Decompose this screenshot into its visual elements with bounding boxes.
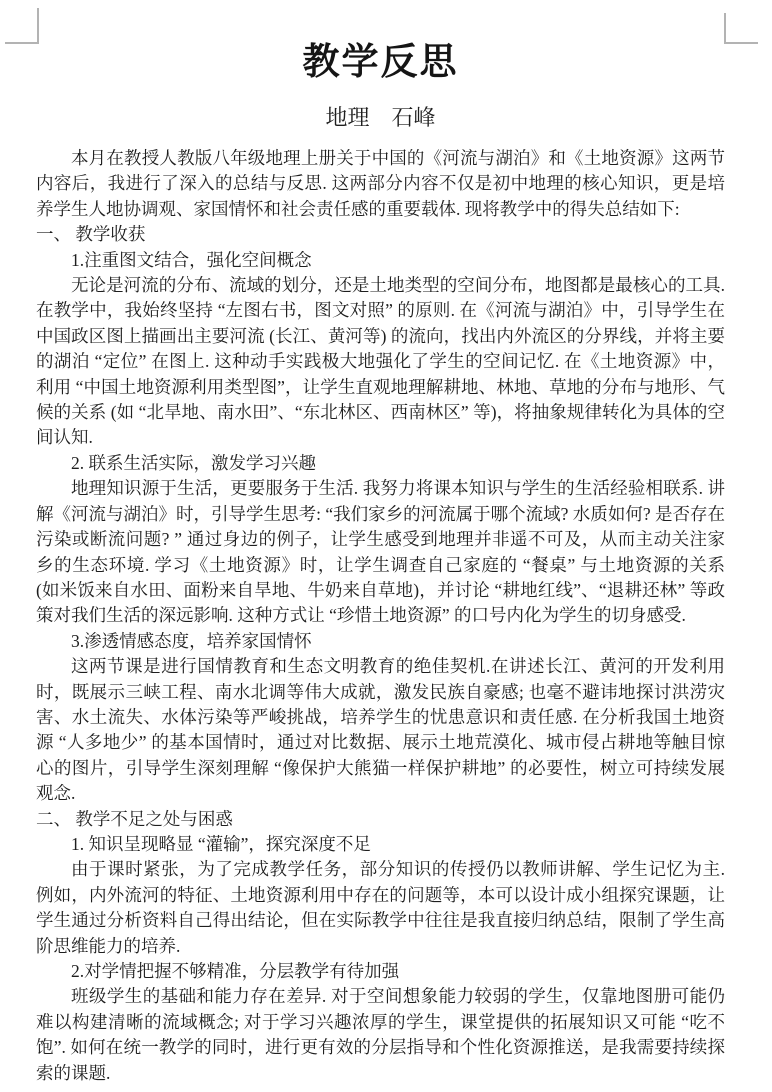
page-margin-mark-top-right (724, 13, 758, 44)
document-page: 教学反思 地理 石峰 本月在教授人教版八年级地理上册关于中国的《河流与湖泊》和《… (0, 0, 772, 1092)
paragraph-gains-3: 这两节课是进行国情教育和生态文明教育的绝佳契机.在讲述长江、黄河的开发利用时，既… (36, 654, 725, 806)
intro-paragraph: 本月在教授人教版八年级地理上册关于中国的《河流与湖泊》和《土地资源》这两节内容后… (36, 146, 725, 222)
page-margin-mark-top-left (5, 8, 39, 44)
subheading-shortcomings-2: 2.对学情把握不够精准，分层教学有待加强 (36, 959, 725, 984)
section-heading-shortcomings: 二、 教学不足之处与困惑 (36, 807, 725, 832)
subheading-gains-1: 1.注重图文结合，强化空间概念 (36, 248, 725, 273)
subheading-gains-3: 3.渗透情感态度，培养家国情怀 (36, 629, 725, 654)
subheading-shortcomings-1: 1. 知识呈现略显 “灌输”，探究深度不足 (36, 832, 725, 857)
document-title: 教学反思 (36, 38, 725, 88)
document-content: 教学反思 地理 石峰 本月在教授人教版八年级地理上册关于中国的《河流与湖泊》和《… (36, 38, 725, 1086)
section-heading-gains: 一、 教学收获 (36, 222, 725, 247)
document-byline: 地理 石峰 (36, 103, 725, 133)
paragraph-gains-2: 地理知识源于生活，更要服务于生活. 我努力将课本知识与学生的生活经验相联系. 讲… (36, 476, 725, 628)
paragraph-shortcomings-1: 由于课时紧张，为了完成教学任务，部分知识的传授仍以教师讲解、学生记忆为主. 例如… (36, 857, 725, 959)
paragraph-shortcomings-2: 班级学生的基础和能力存在差异. 对于空间想象能力较弱的学生，仅靠地图册可能仍难以… (36, 984, 725, 1086)
subheading-gains-2: 2. 联系生活实际，激发学习兴趣 (36, 451, 725, 476)
paragraph-gains-1: 无论是河流的分布、流域的划分，还是土地类型的空间分布，地图都是最核心的工具. 在… (36, 273, 725, 451)
